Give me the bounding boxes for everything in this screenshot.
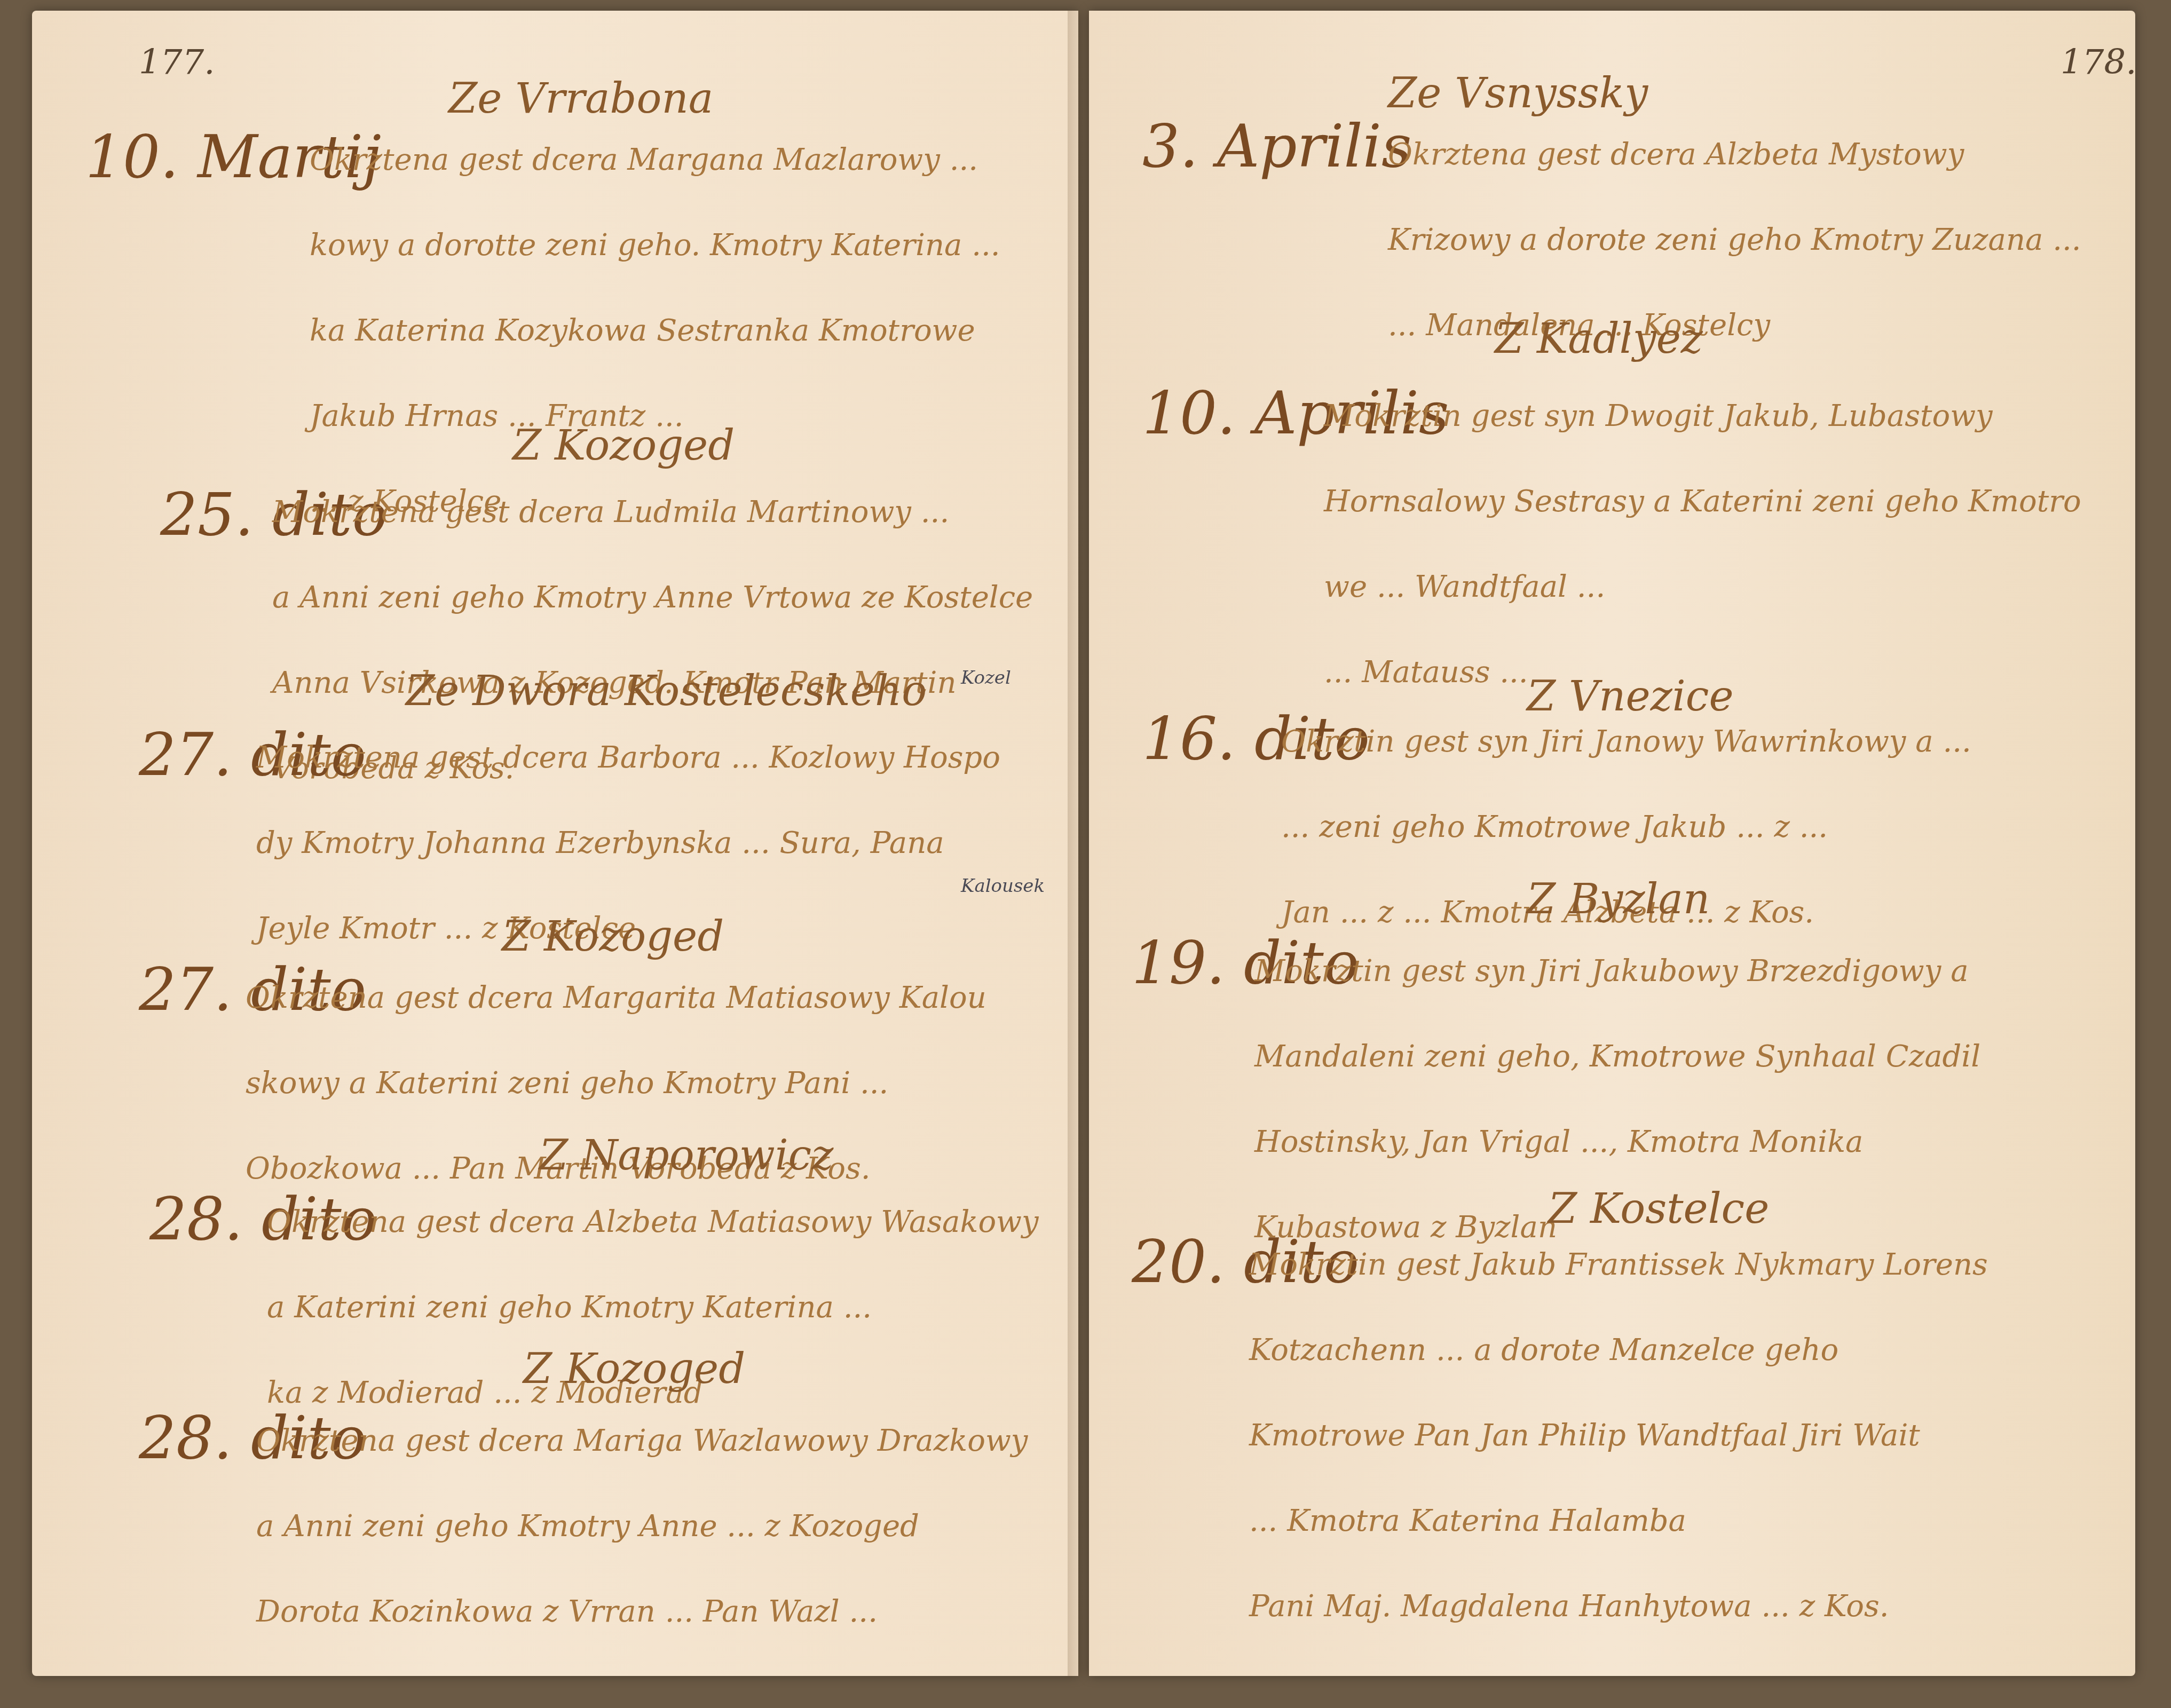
- village-heading: Z Byzlan: [1527, 875, 1710, 923]
- baptism-entry: Okrztena gest dcera Alzbeta Matiasowy Wa…: [267, 1180, 1057, 1436]
- right-page: 178. Ze Vsnyssky 3. Aprilis Okrztena ges…: [1089, 11, 2135, 1676]
- village-heading: Ze Dwora Kostelecskeho: [406, 667, 927, 715]
- page-number: 178.: [2061, 43, 2137, 82]
- village-heading: Z Naporowicz: [539, 1132, 833, 1180]
- village-heading: Ze Vrrabona: [448, 75, 713, 123]
- village-heading: Ze Vsnyssky: [1388, 69, 1648, 117]
- village-heading: Z Kozoged: [512, 422, 735, 470]
- pencil-annotation: Kozel: [961, 667, 1011, 689]
- village-heading: Z Kozoged: [502, 913, 724, 961]
- village-heading: Z Kadlyez: [1495, 315, 1703, 363]
- village-heading: Z Kozoged: [523, 1345, 745, 1393]
- page-number: 177.: [139, 43, 215, 82]
- pencil-annotation: Kalousek: [961, 875, 1045, 897]
- baptism-entry: Mokrztin gest Jakub Frantissek Nykmary L…: [1249, 1222, 2114, 1649]
- left-page: 177. Ze Vrrabona 10. Martij Okrztena ges…: [32, 11, 1078, 1676]
- baptism-entry: Okrztena gest dcera Mariga Wazlawowy Dra…: [256, 1398, 1057, 1655]
- entry-date: 3. Aprilis: [1142, 112, 1411, 180]
- baptism-entry: Mokrztin gest syn Dwogit Jakub, Lubastow…: [1324, 374, 2114, 715]
- open-register-book: 177. Ze Vrrabona 10. Martij Okrztena ges…: [32, 11, 2141, 1692]
